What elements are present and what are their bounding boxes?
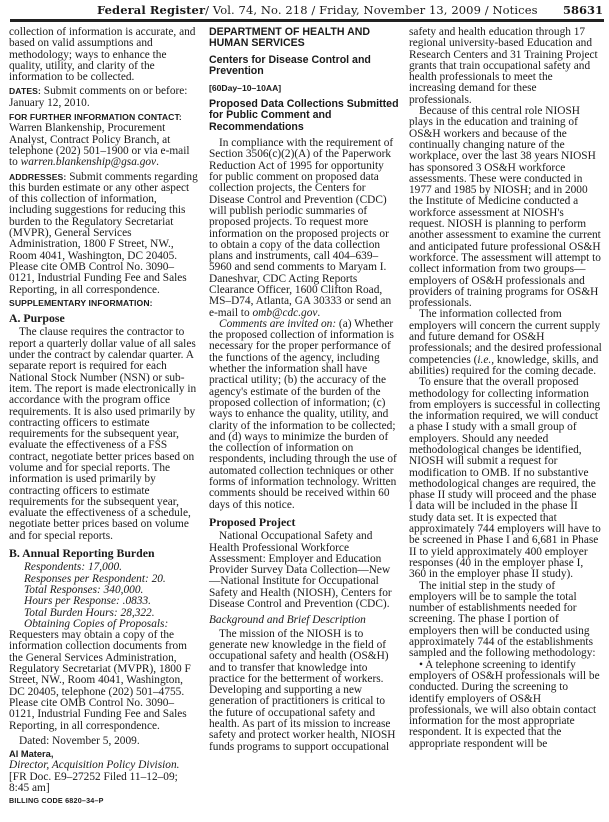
burden-hours-per: Hours per Response: .0833. bbox=[9, 596, 199, 607]
addresses-label: ADDRESSES: bbox=[9, 172, 66, 182]
paragraph: Because of this central role NIOSH plays… bbox=[409, 106, 602, 309]
addresses-text: Submit comments regarding this burden es… bbox=[9, 171, 198, 296]
ie-abbrev: i.e., bbox=[477, 354, 494, 366]
department-heading: DEPARTMENT OF HEALTH AND HUMAN SERVICES bbox=[209, 27, 399, 50]
contact-label: FOR FURTHER INFORMATION CONTACT: bbox=[9, 112, 182, 122]
requesters-paragraph: Obtaining Copies of Proposals: Requester… bbox=[9, 619, 199, 732]
dates-section: DATES: Submit comments on or before: Jan… bbox=[9, 86, 199, 109]
punct: . bbox=[156, 156, 159, 168]
burden-list: Respondents: 17,000. Responses per Respo… bbox=[9, 562, 199, 618]
project-heading: Proposed Project bbox=[209, 517, 399, 528]
requesters-text: Requesters may obtain a copy of the info… bbox=[9, 629, 191, 731]
background-heading: Background and Brief Description bbox=[209, 615, 399, 626]
signer-title: Director, Acquisition Policy Division. bbox=[9, 760, 199, 771]
paragraph: To ensure that the overall proposed meth… bbox=[409, 377, 602, 580]
paragraph: The initial step in the study of employe… bbox=[409, 581, 602, 660]
publication-name: Federal Register bbox=[97, 3, 205, 17]
dated-line: Dated: November 5, 2009. bbox=[9, 736, 199, 747]
project-text: National Occupational Safety and Health … bbox=[209, 531, 399, 610]
purpose-heading: A. Purpose bbox=[9, 313, 199, 324]
page-number: 58631 bbox=[563, 3, 603, 17]
comments-text: (a) Whether the proposed collection of i… bbox=[209, 318, 397, 511]
bullet-item: • A telephone screening to identify empl… bbox=[409, 660, 602, 750]
paragraph: safety and health education through 17 r… bbox=[409, 27, 602, 106]
compliance-text: In compliance with the requirement of Se… bbox=[209, 137, 393, 318]
compliance-paragraph: In compliance with the requirement of Se… bbox=[209, 138, 399, 319]
header-rule bbox=[10, 19, 604, 22]
obtaining-lead: Obtaining Copies of Proposals: bbox=[9, 618, 168, 630]
column-1: collection of information is accurate, a… bbox=[9, 27, 199, 807]
punct: . bbox=[317, 307, 320, 319]
addresses-section: ADDRESSES: Submit comments regarding thi… bbox=[9, 172, 199, 296]
cdc-email[interactable]: omb@cdc.gov bbox=[252, 307, 317, 319]
column-2: DEPARTMENT OF HEALTH AND HUMAN SERVICES … bbox=[209, 27, 399, 753]
fr-doc-line: [FR Doc. E9–27252 Filed 11–12–09; 8:45 a… bbox=[9, 772, 199, 795]
docket-number: [60Day–10–10AA] bbox=[209, 83, 399, 94]
paragraph: The information collected from employers… bbox=[409, 309, 602, 377]
paragraph: collection of information is accurate, a… bbox=[9, 27, 199, 83]
supplementary-label: SUPPLEMENTARY INFORMATION: bbox=[9, 298, 199, 309]
contact-email[interactable]: warren.blankenship@gsa.gov bbox=[21, 156, 156, 168]
purpose-text: The clause requires the contractor to re… bbox=[9, 327, 199, 542]
contact-section: FOR FURTHER INFORMATION CONTACT: Warren … bbox=[9, 112, 199, 168]
comments-lead: Comments are invited on: bbox=[219, 318, 336, 330]
agency-heading: Centers for Disease Control and Preventi… bbox=[209, 55, 399, 78]
page-header: Federal Register/ Vol. 74, No. 218 / Fri… bbox=[0, 0, 609, 22]
billing-code: BILLING CODE 6820–34–P bbox=[9, 795, 199, 806]
column-3: safety and health education through 17 r… bbox=[409, 27, 602, 750]
burden-respondents: Respondents: 17,000. bbox=[9, 562, 199, 573]
running-head: Federal Register/ Vol. 74, No. 218 / Fri… bbox=[97, 3, 538, 17]
issue-details: / Vol. 74, No. 218 / Friday, November 13… bbox=[205, 3, 537, 17]
background-text: The mission of the NIOSH is to generate … bbox=[209, 629, 399, 753]
burden-heading: B. Annual Reporting Burden bbox=[9, 548, 199, 559]
comments-paragraph: Comments are invited on: (a) Whether the… bbox=[209, 319, 399, 511]
dates-label: DATES: bbox=[9, 86, 41, 96]
notice-title: Proposed Data Collections Submitted for … bbox=[209, 99, 399, 133]
